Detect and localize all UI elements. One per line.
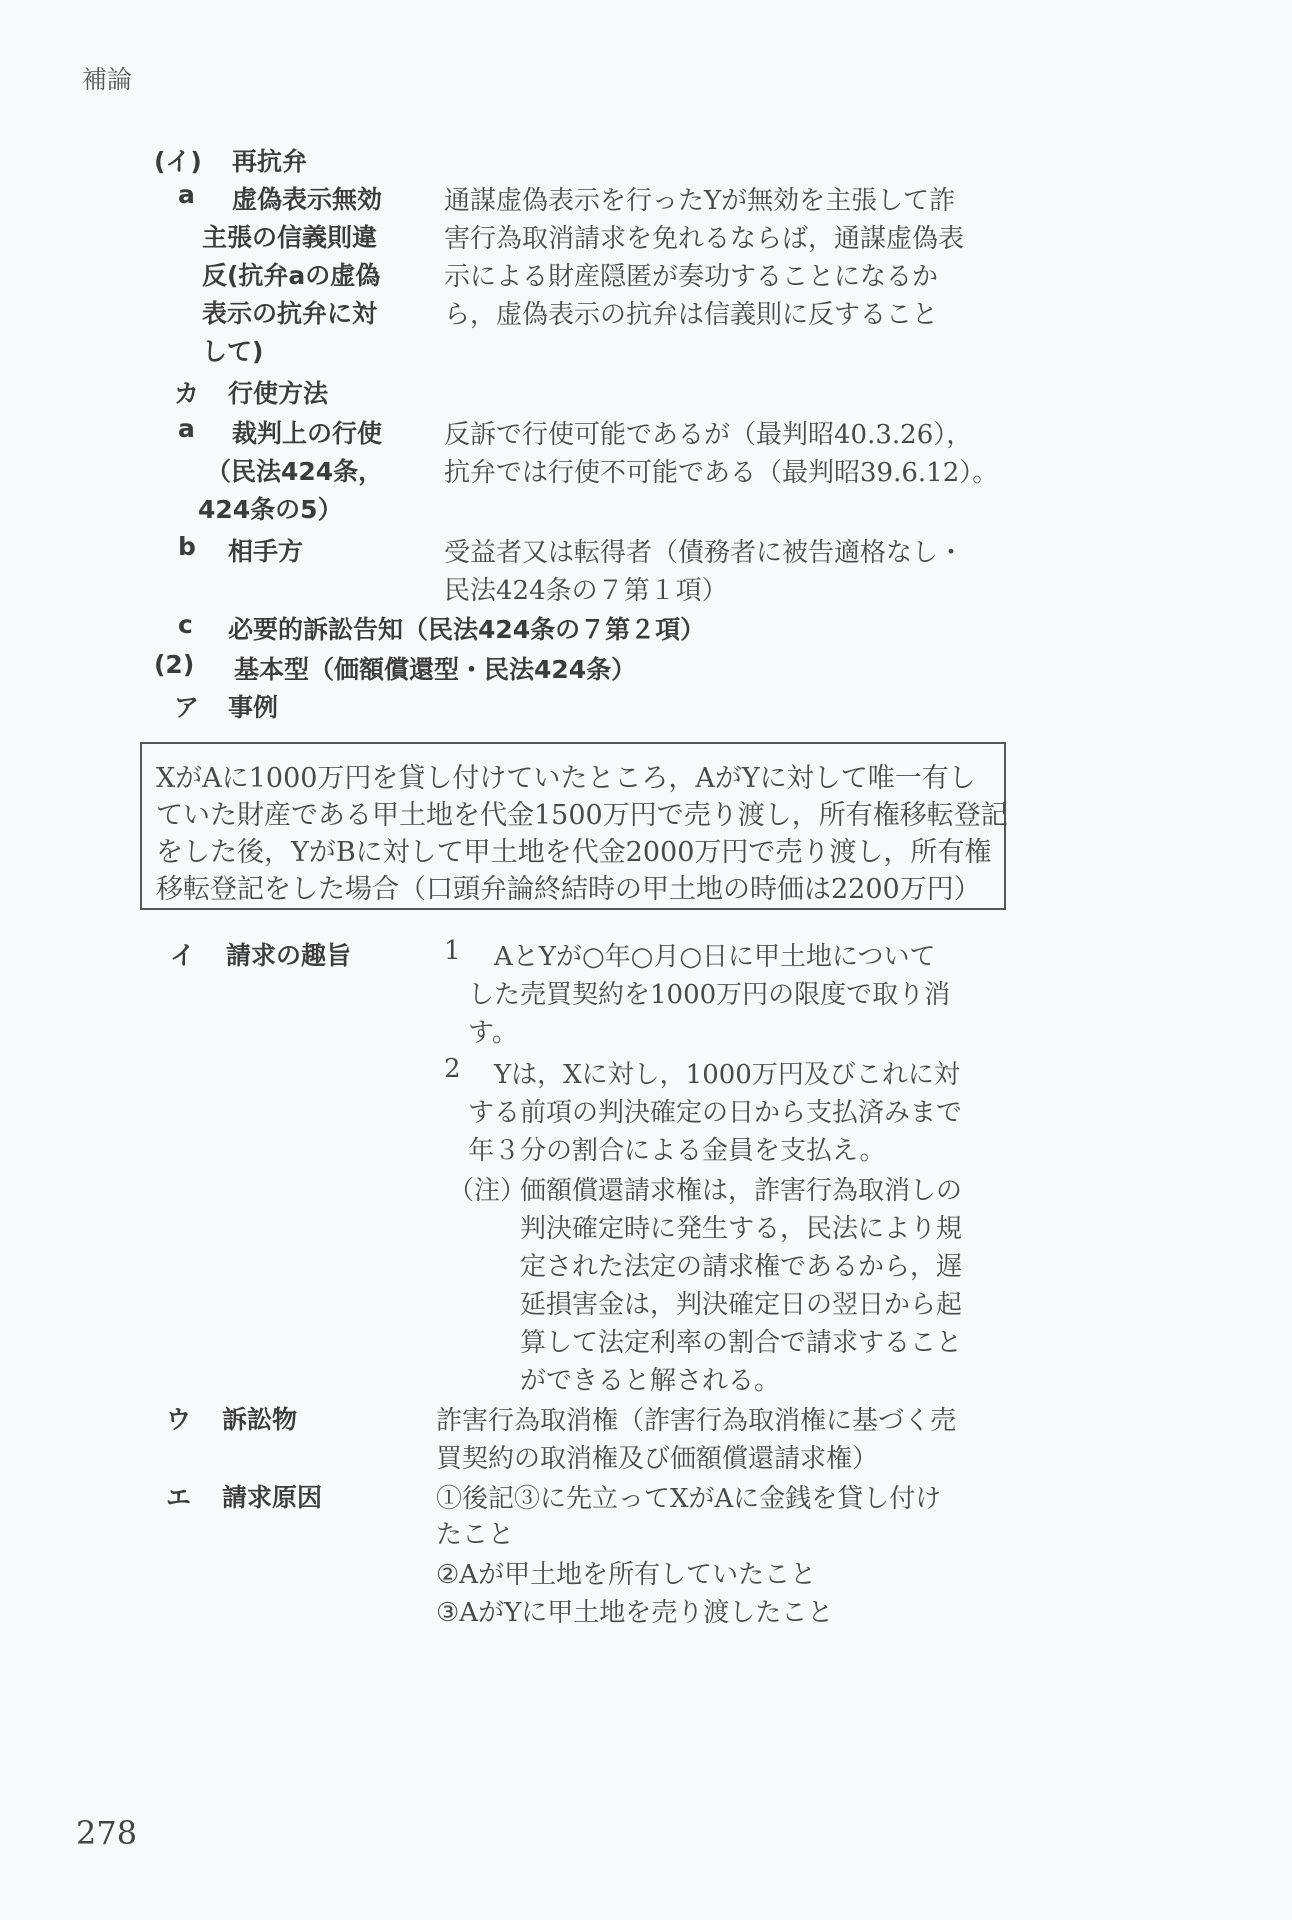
exercise-b-label: b (178, 532, 196, 561)
claim-heading: 請求の趣旨 (226, 936, 351, 972)
page-number: 278 (76, 1814, 137, 1852)
title-line: 裁判上の行使 (232, 414, 382, 450)
subject-heading: 訴訟物 (222, 1400, 297, 1436)
body-line: 受益者又は転得者（債務者に被告適格なし・ (444, 532, 964, 569)
body-line: 害行為取消請求を免れるならば，通謀虚偽表 (444, 218, 964, 255)
note-line: 算して法定利率の割合で請求すること (520, 1322, 962, 1359)
exercise-label: カ (174, 374, 199, 410)
cause-line: ③AがYに甲土地を売り渡したこと (436, 1592, 833, 1629)
note-line: 判決確定時に発生する，民法により規 (520, 1208, 962, 1245)
running-header: 補論 (82, 60, 132, 96)
claim-item1-number: 1 (444, 936, 461, 966)
case-label: ア (174, 688, 199, 724)
note-line: 定された法定の請求権であるから，遅 (520, 1246, 962, 1283)
basic-type-heading: 基本型（価額償還型・民法424条） (234, 650, 636, 686)
note-line: 延損害金は，判決確定日の翌日から起 (520, 1284, 962, 1321)
basic-type-label: (2) (154, 650, 194, 679)
subject-line: 詐害行為取消権（詐害行為取消権に基づく売 (436, 1400, 956, 1437)
title-line: 表示の抗弁に対 (202, 294, 377, 330)
exercise-b-title: 相手方 (228, 532, 303, 568)
cause-line: ②Aが甲土地を所有していたこと (436, 1554, 816, 1591)
note-line: 価額償還請求権は，詐害行為取消しの (520, 1170, 962, 1207)
body-line: ら，虚偽表示の抗弁は信義則に反すること (444, 294, 938, 331)
claim-line: Yは，Xに対し，1000万円及びこれに対 (494, 1054, 960, 1091)
body-line: 民法424条の７第１項） (444, 570, 728, 607)
title-line: 虚偽表示無効 (232, 180, 382, 216)
claim-label: イ (170, 936, 195, 972)
case-line: XがAに1000万円を貸し付けていたところ，AがYに対して唯一有し (156, 756, 976, 795)
note-label: （注） (448, 1170, 526, 1207)
cause-heading: 請求原因 (222, 1478, 322, 1514)
title-line: して) (202, 332, 263, 368)
title-line: （民法424条， (206, 452, 383, 488)
rebuttal-a-label: a (178, 180, 195, 209)
rebuttal-heading: 再抗弁 (232, 142, 307, 178)
case-line: 移転登記をした場合（口頭弁論終結時の甲土地の時価は2200万円） (156, 867, 981, 906)
exercise-heading: 行使方法 (228, 374, 328, 410)
case-line: をした後，YがBに対して甲土地を代金2000万円で売り渡し，所有権 (156, 830, 991, 869)
case-line: ていた財産である甲土地を代金1500万円で売り渡し，所有権移転登記 (156, 793, 1008, 832)
case-box: XがAに1000万円を貸し付けていたところ，AがYに対して唯一有し ていた財産で… (140, 742, 1006, 910)
body-line: 通謀虚偽表示を行ったYが無効を主張して詐 (444, 180, 955, 217)
claim-line: する前項の判決確定の日から支払済みまで (468, 1092, 962, 1129)
cause-label: エ (166, 1478, 191, 1514)
subject-label: ウ (166, 1400, 191, 1436)
subject-line: 買契約の取消権及び価額償還請求権） (436, 1438, 878, 1475)
claim-item2-number: 2 (444, 1054, 461, 1084)
claim-line: した売買契約を1000万円の限度で取り消 (468, 974, 950, 1011)
note-line: ができると解される。 (520, 1360, 780, 1397)
body-line: 示による財産隠匿が奏功することになるか (444, 256, 938, 293)
exercise-a-label: a (178, 414, 195, 443)
exercise-c-title: 必要的訴訟告知（民法424条の７第２項） (228, 610, 705, 646)
title-line: 424条の5） (198, 490, 343, 526)
claim-line: 年３分の割合による金員を支払え。 (468, 1130, 886, 1167)
cause-line: ①後記③に先立ってXがAに金銭を貸し付け (436, 1478, 941, 1515)
exercise-c-label: c (178, 610, 193, 639)
cause-line: たこと (436, 1514, 514, 1551)
case-heading: 事例 (228, 688, 278, 724)
rebuttal-label: (イ) (154, 142, 202, 178)
claim-line: AとYが○年○月○日に甲土地について (494, 936, 935, 973)
body-line: 反訴で行使可能であるが（最判昭40.3.26）， (444, 414, 972, 451)
title-line: 反(抗弁aの虚偽 (202, 256, 380, 292)
title-line: 主張の信義則違 (202, 218, 377, 254)
body-line: 抗弁では行使不可能である（最判昭39.6.12）。 (444, 452, 998, 489)
claim-line: す。 (468, 1012, 518, 1049)
